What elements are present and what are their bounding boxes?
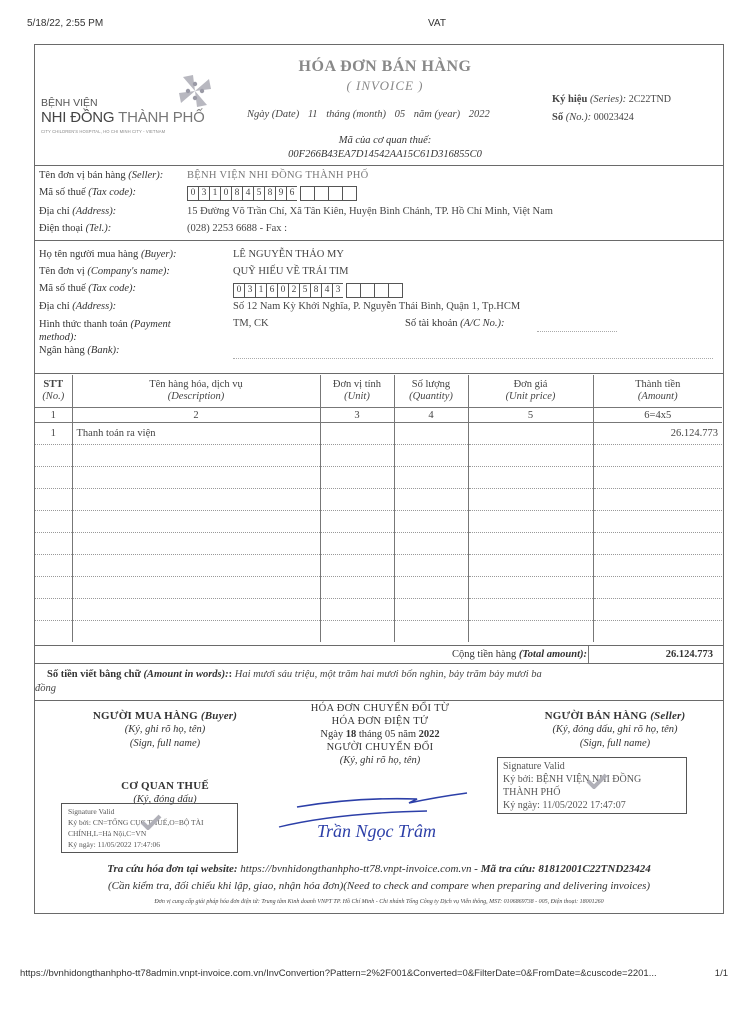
cell-unit xyxy=(320,489,394,511)
cell-no xyxy=(35,577,72,599)
cell-unit xyxy=(320,577,394,599)
tax-digit-box xyxy=(360,283,374,298)
buyer-bank-field xyxy=(233,358,713,359)
seller-address-label: Địa chỉ (Address): xyxy=(39,206,116,217)
divider xyxy=(35,663,723,664)
seller-signature-block: NGƯỜI BÁN HÀNG (Seller) (Ký, đóng dấu, g… xyxy=(505,709,725,751)
cell-quantity xyxy=(394,621,468,643)
buyer-payment-label: Hình thức thanh toán (Paymentmethod): xyxy=(39,318,171,344)
cell-no xyxy=(35,599,72,621)
print-url: https://bvnhidongthanhpho-tt78admin.vnpt… xyxy=(20,968,657,979)
invoice-title: HÓA ĐƠN BÁN HÀNG xyxy=(235,58,535,76)
buyer-company: QUỸ HIẾU VỀ TRÁI TIM xyxy=(233,266,349,277)
seller-tel-label: Điện thoại (Tel.): xyxy=(39,223,111,234)
seller-tel: (028) 2253 6688 - Fax : xyxy=(187,223,287,234)
seller-tax-label: Mã số thuế (Tax code): xyxy=(39,187,136,198)
tax-digit-box: 8 xyxy=(231,186,242,201)
invoice-date: Ngày (Date) 11 tháng (month) 05 năm (yea… xyxy=(247,109,496,120)
tax-digit-box: 9 xyxy=(275,186,286,201)
tax-digit-box: 6 xyxy=(266,283,277,298)
table-row xyxy=(35,533,722,555)
cell-quantity xyxy=(394,423,468,445)
cell-quantity xyxy=(394,511,468,533)
cell-description xyxy=(72,577,320,599)
buyer-address: Số 12 Nam Kỳ Khởi Nghĩa, P. Nguyễn Thái … xyxy=(233,301,520,312)
lookup-info: Tra cứu hóa đơn tại website: https://bvn… xyxy=(35,863,723,875)
table-row xyxy=(35,621,722,643)
cell-no xyxy=(35,555,72,577)
cell-unit-price xyxy=(468,599,593,621)
date-month-label: tháng (month) xyxy=(326,109,386,120)
buyer-account-label: Số tài khoản (A/C No.): xyxy=(405,318,504,329)
svg-text:Trần Ngọc Trâm: Trần Ngọc Trâm xyxy=(317,821,436,841)
cell-no xyxy=(35,511,72,533)
pinwheel-logo-icon xyxy=(175,71,215,111)
tax-digit-box: 3 xyxy=(244,283,255,298)
cell-unit-price xyxy=(468,555,593,577)
cell-no xyxy=(35,445,72,467)
cell-no xyxy=(35,489,72,511)
divider xyxy=(588,646,589,664)
cell-unit xyxy=(320,423,394,445)
checkmark-icon xyxy=(140,814,162,830)
cell-amount xyxy=(593,467,722,489)
cell-quantity xyxy=(394,555,468,577)
cell-unit-price xyxy=(468,533,593,555)
cell-unit-price xyxy=(468,423,593,445)
cell-description xyxy=(72,489,320,511)
cell-description xyxy=(72,621,320,643)
tax-digit-box xyxy=(328,186,342,201)
cell-description xyxy=(72,555,320,577)
cell-no xyxy=(35,621,72,643)
tax-digit-box: 4 xyxy=(242,186,253,201)
tax-digit-box: 8 xyxy=(264,186,275,201)
cell-amount xyxy=(593,621,722,643)
print-header: 5/18/22, 2:55 PM VAT xyxy=(0,18,750,34)
tax-digit-box: 2 xyxy=(288,283,299,298)
col-header-no: STT(No.) xyxy=(35,375,72,408)
cell-unit-price xyxy=(468,511,593,533)
checkmark-icon xyxy=(586,773,608,789)
cell-unit xyxy=(320,621,394,643)
index-cell: 5 xyxy=(468,408,593,423)
cell-description: Thanh toán ra viện xyxy=(72,423,320,445)
invoice-subtitle: ( INVOICE ) xyxy=(235,78,535,94)
index-cell: 6=4x5 xyxy=(593,408,722,423)
cell-unit-price xyxy=(468,621,593,643)
table-row xyxy=(35,445,722,467)
cell-amount xyxy=(593,555,722,577)
table-row: 1Thanh toán ra viện26.124.773 xyxy=(35,423,722,445)
cell-quantity xyxy=(394,489,468,511)
series-label-en: (Series): xyxy=(590,94,626,105)
print-footer: https://bvnhidongthanhpho-tt78admin.vnpt… xyxy=(0,968,750,984)
divider xyxy=(35,373,723,374)
cell-description xyxy=(72,599,320,621)
cell-quantity xyxy=(394,467,468,489)
tax-digital-signature-stamp: Signature Valid Ký bởi: CN=TỔNG CỤC THUẾ… xyxy=(61,803,238,853)
tax-digit-box xyxy=(300,186,314,201)
divider xyxy=(35,240,723,241)
tax-digit-box: 4 xyxy=(321,283,332,298)
buyer-signature-block: NGƯỜI MUA HÀNG (Buyer) (Ký, ghi rõ họ, t… xyxy=(55,709,275,751)
tax-digit-box: 8 xyxy=(310,283,321,298)
tax-digit-box xyxy=(346,283,360,298)
table-header-row: STT(No.) Tên hàng hóa, dịch vụ(Descripti… xyxy=(35,375,722,408)
check-note: (Cần kiểm tra, đối chiếu khi lập, giao, … xyxy=(35,880,723,892)
items-table: STT(No.) Tên hàng hóa, dịch vụ(Descripti… xyxy=(35,375,722,642)
cell-quantity xyxy=(394,577,468,599)
cell-amount xyxy=(593,489,722,511)
tax-digit-box: 3 xyxy=(332,283,343,298)
amount-in-words-value: Hai mươi sáu triệu, một trăm hai mươi bố… xyxy=(235,669,542,680)
total-label: Cộng tiền hàng (Total amount): xyxy=(452,649,587,660)
cell-unit-price xyxy=(468,577,593,599)
print-page-number: 1/1 xyxy=(715,968,728,979)
date-year-label: năm (year) xyxy=(414,109,460,120)
col-header-amount: Thành tiền(Amount) xyxy=(593,375,722,408)
cell-unit xyxy=(320,445,394,467)
buyer-bank-label: Ngân hàng (Bank): xyxy=(39,345,119,356)
index-cell: 3 xyxy=(320,408,394,423)
date-year: 2022 xyxy=(469,109,490,120)
tax-digit-box xyxy=(388,283,403,298)
tax-digit-box: 5 xyxy=(253,186,264,201)
cell-quantity xyxy=(394,599,468,621)
logo-line-1: BỆNH VIỆN xyxy=(41,97,98,109)
column-index-row: 1 2 3 4 5 6=4x5 xyxy=(35,408,722,423)
divider xyxy=(35,700,723,701)
number-value: 00023424 xyxy=(594,112,634,123)
logo-line-2: NHI ĐỒNG THÀNH PHỐ xyxy=(41,109,205,126)
cell-description xyxy=(72,511,320,533)
number-label: Số xyxy=(552,112,563,123)
col-header-unit: Đơn vị tính(Unit) xyxy=(320,375,394,408)
seller-name: BỆNH VIỆN NHI ĐỒNG THÀNH PHỐ xyxy=(187,170,369,181)
index-cell: 4 xyxy=(394,408,468,423)
cell-description xyxy=(72,445,320,467)
date-day-label: Ngày (Date) xyxy=(247,109,299,120)
tax-digit-box xyxy=(314,186,328,201)
cell-no: 1 xyxy=(35,423,72,445)
tax-authority-code: 00F266B43EA7D14542AA15C61D316855C0 xyxy=(235,149,535,160)
tax-digit-box: 1 xyxy=(209,186,220,201)
cell-no xyxy=(35,467,72,489)
cell-unit-price xyxy=(468,489,593,511)
converter-signature-block: HÓA ĐƠN CHUYỂN ĐỔI TỪ HÓA ĐƠN ĐIỆN TỬ Ng… xyxy=(275,702,485,767)
date-month: 05 xyxy=(395,109,406,120)
stamp-status: Signature Valid xyxy=(503,760,681,773)
logo-line-3: CITY CHILDREN'S HOSPITAL, HO CHI MINH CI… xyxy=(41,129,165,134)
col-header-description: Tên hàng hóa, dịch vụ(Description) xyxy=(72,375,320,408)
cell-unit xyxy=(320,555,394,577)
cell-description xyxy=(72,467,320,489)
table-row xyxy=(35,489,722,511)
buyer-address-label: Địa chỉ (Address): xyxy=(39,301,116,312)
date-day: 11 xyxy=(308,109,318,120)
seller-tax-code: 0310845896 xyxy=(187,186,357,201)
cell-amount xyxy=(593,511,722,533)
cell-no xyxy=(35,533,72,555)
invoice-series: Ký hiệu (Series): 2C22TND xyxy=(552,94,671,105)
number-label-en: (No.): xyxy=(566,112,591,123)
table-row xyxy=(35,577,722,599)
seller-address: 15 Đường Võ Trần Chí, Xã Tân Kiên, Huyện… xyxy=(187,206,553,217)
lookup-url[interactable]: https://bvnhidongthanhpho-tt78.vnpt-invo… xyxy=(240,863,471,875)
logo-line-2b: THÀNH PHỐ xyxy=(114,109,204,126)
index-cell: 2 xyxy=(72,408,320,423)
logo-line-2a: NHI ĐỒNG xyxy=(41,109,114,126)
col-header-unit-price: Đơn giá(Unit price) xyxy=(468,375,593,408)
cell-unit-price xyxy=(468,467,593,489)
tax-digit-box: 0 xyxy=(187,186,198,201)
invoice-number: Số (No.): 00023424 xyxy=(552,112,634,123)
handwritten-signature-icon: Trần Ngọc Trâm xyxy=(277,775,477,845)
cell-unit xyxy=(320,511,394,533)
lookup-code: 81812001C22TND23424 xyxy=(538,863,650,875)
buyer-name-label: Họ tên người mua hàng (Buyer): xyxy=(39,249,177,260)
cell-amount xyxy=(593,445,722,467)
table-row xyxy=(35,467,722,489)
cell-unit xyxy=(320,467,394,489)
cell-description xyxy=(72,533,320,555)
table-row xyxy=(35,599,722,621)
provider-info: Đơn vị cung cấp giải pháp hóa đơn điện t… xyxy=(35,899,723,905)
cell-unit xyxy=(320,599,394,621)
index-cell: 1 xyxy=(35,408,72,423)
cell-amount xyxy=(593,577,722,599)
tax-digit-box: 1 xyxy=(255,283,266,298)
seller-digital-signature-stamp: Signature Valid Ký bởi: BỆNH VIỆN NHI ĐỒ… xyxy=(497,757,687,814)
tax-digit-box: 0 xyxy=(277,283,288,298)
cell-amount xyxy=(593,599,722,621)
series-label: Ký hiệu xyxy=(552,94,587,105)
series-value: 2C22TND xyxy=(629,94,671,105)
col-header-quantity: Số lượng(Quantity) xyxy=(394,375,468,408)
cell-quantity xyxy=(394,533,468,555)
amount-in-words-value-2: đồng xyxy=(35,683,56,694)
tax-digit-box: 0 xyxy=(220,186,231,201)
buyer-payment-method: TM, CK xyxy=(233,318,269,329)
total-row: Cộng tiền hàng (Total amount): 26.124.77… xyxy=(35,645,723,664)
buyer-tax-code: 0316025843 xyxy=(233,283,403,298)
buyer-account-field xyxy=(537,331,617,332)
cell-unit xyxy=(320,533,394,555)
amount-in-words: Số tiền viết bằng chữ (Amount in words):… xyxy=(47,667,687,683)
table-row xyxy=(35,511,722,533)
tax-digit-box: 3 xyxy=(198,186,209,201)
invoice-document: BỆNH VIỆN NHI ĐỒNG THÀNH PHỐ CITY CHILDR… xyxy=(34,44,724,914)
tax-digit-box: 0 xyxy=(233,283,244,298)
tax-digit-box xyxy=(342,186,357,201)
cell-quantity xyxy=(394,445,468,467)
table-row xyxy=(35,555,722,577)
cell-amount xyxy=(593,533,722,555)
divider xyxy=(35,165,723,166)
tax-digit-box: 6 xyxy=(286,186,297,201)
buyer-company-label: Tên đơn vị (Company's name): xyxy=(39,266,170,277)
buyer-tax-label: Mã số thuế (Tax code): xyxy=(39,283,136,294)
seller-name-label: Tên đơn vị bán hàng (Seller): xyxy=(39,170,163,181)
cell-amount: 26.124.773 xyxy=(593,423,722,445)
total-amount: 26.124.773 xyxy=(666,649,713,660)
print-title: VAT xyxy=(428,18,446,29)
cell-unit-price xyxy=(468,445,593,467)
tax-authority-code-label: Mã của cơ quan thuế: xyxy=(235,135,535,146)
buyer-name: LÊ NGUYỄN THẢO MY xyxy=(233,249,344,260)
print-datetime: 5/18/22, 2:55 PM xyxy=(27,18,103,29)
tax-digit-box: 5 xyxy=(299,283,310,298)
tax-digit-box xyxy=(374,283,388,298)
